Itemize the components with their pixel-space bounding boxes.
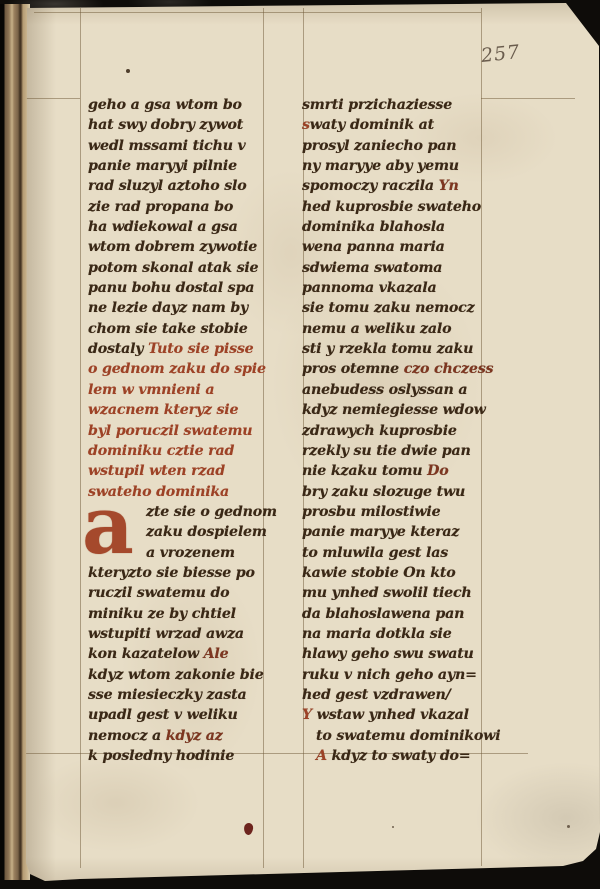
text-line: zaku dospielem [88,524,274,544]
ink-speck [567,825,570,828]
text-run: na maria dotkla sie [302,626,452,642]
text-run: ha wdiekowal a gsa [88,219,238,235]
text-run: ruczil swatemu do [88,585,229,601]
text-line: a vrozenem [88,545,274,565]
text-run: sse miesieczky zasta [88,687,246,703]
text-run: bry zaku slozuge twu [302,484,465,500]
text-line: wstupiti wrzad awza [88,626,274,646]
text-run: zaku dospielem [146,524,267,540]
text-line: ruczil swatemu do [88,585,274,605]
text-run: ne lezie dayz nam by [88,300,248,316]
text-line: rzekly su tie dwie pan [302,443,502,463]
text-line: kteryzto sie biesse po [88,565,274,585]
text-line: da blahoslawena pan [302,606,502,626]
text-run: smrti przichaziesse [302,97,452,113]
text-line: anebudess oslyssan a [302,382,502,402]
text-run: Ale [204,646,229,662]
ruling-line-left-margin [80,8,81,868]
text-line: na maria dotkla sie [302,626,502,646]
text-line: hed gest vzdrawen/ [302,687,502,707]
text-line: swateho dominika [88,484,274,504]
text-line: smrti przichaziesse [302,97,502,117]
ruling-line-top [34,12,481,13]
text-line: chom sie take stobie [88,321,274,341]
text-line: spomoczy raczila Yn [302,178,502,198]
text-line: upadl gest v weliku [88,707,274,727]
text-run: wstupil wten rzad [88,463,225,479]
text-run: dominiku cztie rad [88,443,234,459]
text-line: wena panna maria [302,239,502,259]
text-line: panu bohu dostal spa [88,280,274,300]
text-run: nemu a weliku zalo [302,321,451,337]
text-run: hed kuprosbie swateho [302,199,481,215]
text-run: kon kazatelow [88,646,204,662]
text-line: kon kazatelow Ale [88,646,274,666]
text-run: ruku v nich geho ayn= [302,667,477,683]
text-run: prosbu milostiwie [302,504,440,520]
text-run: czo chczess [404,361,494,377]
manuscript-page: 257 a geho a gsa wtom bohat swy dobry zy… [26,3,600,883]
text-line: wstupil wten rzad [88,463,274,483]
text-line: swaty dominik at [302,117,502,137]
text-run: to swatemu dominikowi [316,728,500,744]
text-line: prosbu milostiwie [302,504,502,524]
text-run: hed gest vzdrawen/ [302,687,451,703]
text-line: wtom dobrem zywotie [88,239,274,259]
text-run: A kdyz to swaty do= [316,748,471,764]
text-run: kdyz wtom zakonie bie [88,667,264,683]
text-run: dostaly [88,341,148,357]
text-run: dominika blahosla [302,219,445,235]
text-line: wedl mssami tichu v [88,138,274,158]
text-line: kdyz wtom zakonie bie [88,667,274,687]
text-run: panie maryyi pilnie [88,158,237,174]
text-run: nie kzaku tomu [302,463,427,479]
text-run: sdwiema swatoma [302,260,442,276]
text-run: wzacnem kteryz sie [88,402,238,418]
text-run: kdyz az [166,728,223,744]
text-line: bry zaku slozuge twu [302,484,502,504]
text-line: nemocz a kdyz az [88,728,274,748]
text-line: prosyl zaniecho pan [302,138,502,158]
text-line: zte sie o gednom [88,504,274,524]
text-run: mu ynhed swolil tiech [302,585,472,601]
text-run: panie maryye kteraz [302,524,459,540]
text-run: byl poruczil swatemu [88,423,252,439]
text-run: swateho dominika [88,484,229,500]
text-run: o gednom zaku do spie [88,361,266,377]
text-run: Yn [439,178,459,194]
text-line: to mluwila gest las [302,545,502,565]
text-run: anebudess oslyssan a [302,382,467,398]
text-line: nie kzaku tomu Do [302,463,502,483]
text-column-right: smrti przichaziesseswaty dominik atprosy… [302,97,502,768]
text-line: ha wdiekowal a gsa [88,219,274,239]
text-line: wzacnem kteryz sie [88,402,274,422]
text-run: sie tomu zaku nemocz [302,300,474,316]
text-line: lem w vmnieni a [88,382,274,402]
ruling-line-textblock-top-left [26,98,80,99]
text-line: Y wstaw ynhed vkazal [302,707,502,727]
text-run: rad sluzyl aztoho slo [88,178,246,194]
text-column-left: geho a gsa wtom bohat swy dobry zywotwed… [88,97,274,768]
text-run: a vrozenem [146,545,235,561]
text-line: rad sluzyl aztoho slo [88,178,274,198]
text-line: panie maryyi pilnie [88,158,274,178]
text-run: wtom dobrem zywotie [88,239,257,255]
text-line: sse miesieczky zasta [88,687,274,707]
text-run: kdyz nemiegiesse wdow [302,402,486,418]
text-line: panie maryye kteraz [302,524,502,544]
text-run: miniku ze by chtiel [88,606,236,622]
text-run: wedl mssami tichu v [88,138,246,154]
text-run: zte sie o gednom [146,504,277,520]
text-run: upadl gest v weliku [88,707,238,723]
red-ink-blot [243,822,254,835]
text-line: zie rad propana bo [88,199,274,219]
text-line: pros otemne czo chczess [302,361,502,381]
text-run: Do [427,463,448,479]
text-line: nemu a weliku zalo [302,321,502,341]
text-run: chom sie take stobie [88,321,248,337]
text-run: panu bohu dostal spa [88,280,254,296]
text-run: da blahoslawena pan [302,606,464,622]
text-run: potom skonal atak sie [88,260,258,276]
text-run: pannoma vkazala [302,280,436,296]
text-run: ny maryye aby yemu [302,158,459,174]
book-spine-page-edges [0,4,30,880]
text-line: dominika blahosla [302,219,502,239]
text-line: miniku ze by chtiel [88,606,274,626]
text-run: pros otemne [302,361,404,377]
text-line: kawie stobie On kto [302,565,502,585]
text-run: rzekly su tie dwie pan [302,443,471,459]
text-line: to swatemu dominikowi [302,728,502,748]
ink-speck [392,826,394,828]
text-line: hat swy dobry zywot [88,117,274,137]
text-line: ruku v nich geho ayn= [302,667,502,687]
text-line: dostaly Tuto sie pisse [88,341,274,361]
text-run: sti y rzekla tomu zaku [302,341,473,357]
text-line: ny maryye aby yemu [302,158,502,178]
folio-number: 257 [480,41,521,67]
text-line: potom skonal atak sie [88,260,274,280]
text-run: geho a gsa wtom bo [88,97,242,113]
photo-background: 257 a geho a gsa wtom bohat swy dobry zy… [0,0,600,889]
text-run: wena panna maria [302,239,445,255]
text-line: zdrawych kuprosbie [302,423,502,443]
text-line: mu ynhed swolil tiech [302,585,502,605]
text-run: kawie stobie On kto [302,565,456,581]
text-line: dominiku cztie rad [88,443,274,463]
text-run: to mluwila gest las [302,545,448,561]
text-line: A kdyz to swaty do= [302,748,502,768]
text-line: k posledny hodinie [88,748,274,768]
text-line: sie tomu zaku nemocz [302,300,502,320]
text-run: kteryzto sie biesse po [88,565,255,581]
text-run: spomoczy raczila [302,178,439,194]
text-run: lem w vmnieni a [88,382,214,398]
text-line: sdwiema swatoma [302,260,502,280]
ink-speck [126,69,130,73]
text-run: zdrawych kuprosbie [302,423,457,439]
text-run: Tuto sie pisse [148,341,253,357]
text-run: zie rad propana bo [88,199,233,215]
text-line: ne lezie dayz nam by [88,300,274,320]
text-line: kdyz nemiegiesse wdow [302,402,502,422]
text-run: k posledny hodinie [88,748,234,764]
text-run: prosyl zaniecho pan [302,138,456,154]
text-run: hlawy geho swu swatu [302,646,474,662]
text-run: swaty dominik at [302,117,434,133]
text-line: byl poruczil swatemu [88,423,274,443]
text-line: hlawy geho swu swatu [302,646,502,666]
text-run: nemocz a [88,728,166,744]
text-line: pannoma vkazala [302,280,502,300]
text-line: sti y rzekla tomu zaku [302,341,502,361]
text-line: hed kuprosbie swateho [302,199,502,219]
text-run: Y wstaw ynhed vkazal [302,707,469,723]
text-line: o gednom zaku do spie [88,361,274,381]
text-run: hat swy dobry zywot [88,117,243,133]
text-run: wstupiti wrzad awza [88,626,244,642]
text-line: geho a gsa wtom bo [88,97,274,117]
